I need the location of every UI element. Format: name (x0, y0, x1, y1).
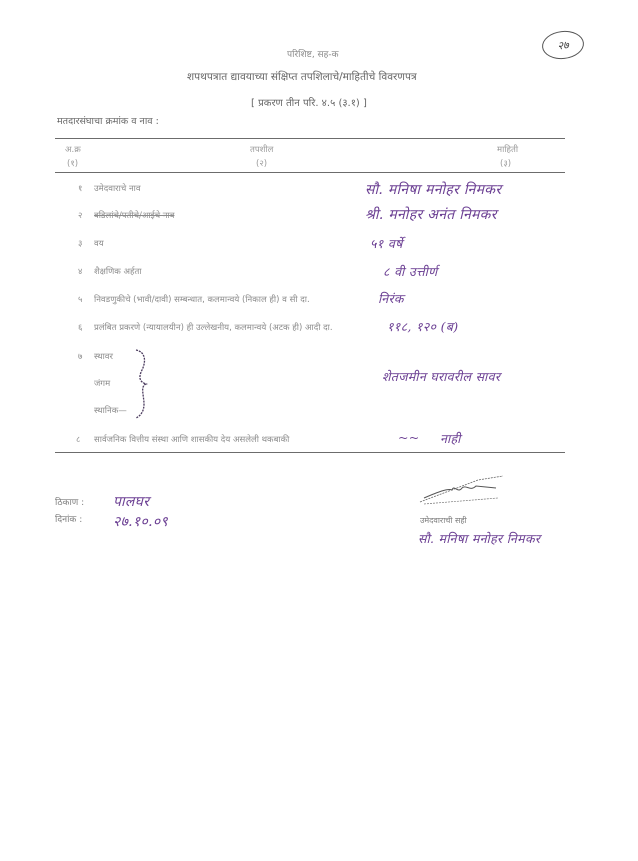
table-bottom-rule (55, 452, 565, 453)
page-number: २७ (557, 37, 570, 53)
row-value: शेतजमीन घरावरील सावर (382, 368, 500, 385)
row-label: शैक्षणिक अर्हता (94, 266, 142, 277)
form-title: शपथपत्रात द्यावयाच्या संक्षिप्त तपशिलाचे… (187, 70, 417, 84)
page-number-badge: २७ (541, 29, 586, 61)
row-value: श्री. मनोहर अनंत निमकर (365, 205, 497, 224)
row-number: ८ (76, 434, 80, 445)
row-value: ११८, १२० (ब) (387, 318, 458, 335)
column-header-details: तपशील (250, 144, 273, 155)
row-value: ५१ वर्षे (370, 235, 403, 252)
row-number: २ (78, 210, 82, 221)
row-sublabel: जंगम (94, 378, 110, 389)
row-number: ६ (78, 322, 82, 333)
signature-name: सौ. मनिषा मनोहर निमकर (418, 530, 540, 547)
column-index-details: (२) (256, 158, 267, 169)
row-label: वडिलांचे/पतीचे/आईचे नाव (94, 210, 174, 221)
row-value-scribble: ~~ (398, 430, 420, 445)
curly-brace-icon (132, 348, 154, 420)
header-bottom-rule (55, 172, 565, 173)
signature-scribble (418, 474, 508, 506)
row-label: उमेदवाराचे नाव (94, 183, 141, 194)
row-number: ३ (78, 238, 82, 249)
row-label: सार्वजनिक वित्तीय संस्था आणि शासकीय देय … (94, 434, 289, 445)
signature-label: उमेदवाराची सही (420, 515, 467, 526)
row-number: ५ (78, 294, 82, 305)
row-value: नाही (440, 430, 461, 447)
date-value: २७.१०.०९ (113, 512, 168, 531)
row-label: वय (94, 238, 104, 249)
row-sublabel: स्थावर (94, 351, 113, 362)
form-subtitle: [ प्रकरण तीन परि. ४.५ (३.१) ] (251, 95, 367, 109)
row-number: १ (78, 183, 82, 194)
column-index-info: (३) (500, 158, 511, 169)
column-index-serial: (१) (67, 158, 78, 169)
row-value: निरंक (378, 290, 404, 307)
constituency-label: मतदारसंघाचा क्रमांक व नाव : (57, 114, 159, 127)
row-value: सौ. मनिषा मनोहर निमकर (365, 180, 501, 199)
row-label: निवडणुकीचे (भावी/दावी) सम्बन्धात, कलमान्… (94, 294, 310, 305)
row-label: प्रलंबित प्रकरणे (न्यायालयीन) ही उल्लेखन… (94, 322, 333, 333)
row-number: ७ (78, 351, 82, 362)
column-header-serial: अ.क्र (65, 144, 81, 155)
date-label: दिनांक : (55, 512, 82, 525)
row-value: ८ वी उत्तीर्ण (383, 263, 438, 280)
column-header-info: माहिती (497, 144, 518, 155)
appendix-label: परिशिष्ट, सह-क (287, 47, 339, 60)
place-label: ठिकाण : (55, 495, 84, 508)
place-value: पालघर (113, 492, 149, 511)
row-number: ४ (78, 266, 82, 277)
table-top-rule (55, 138, 565, 139)
row-sublabel: स्थानिक— (94, 405, 127, 416)
